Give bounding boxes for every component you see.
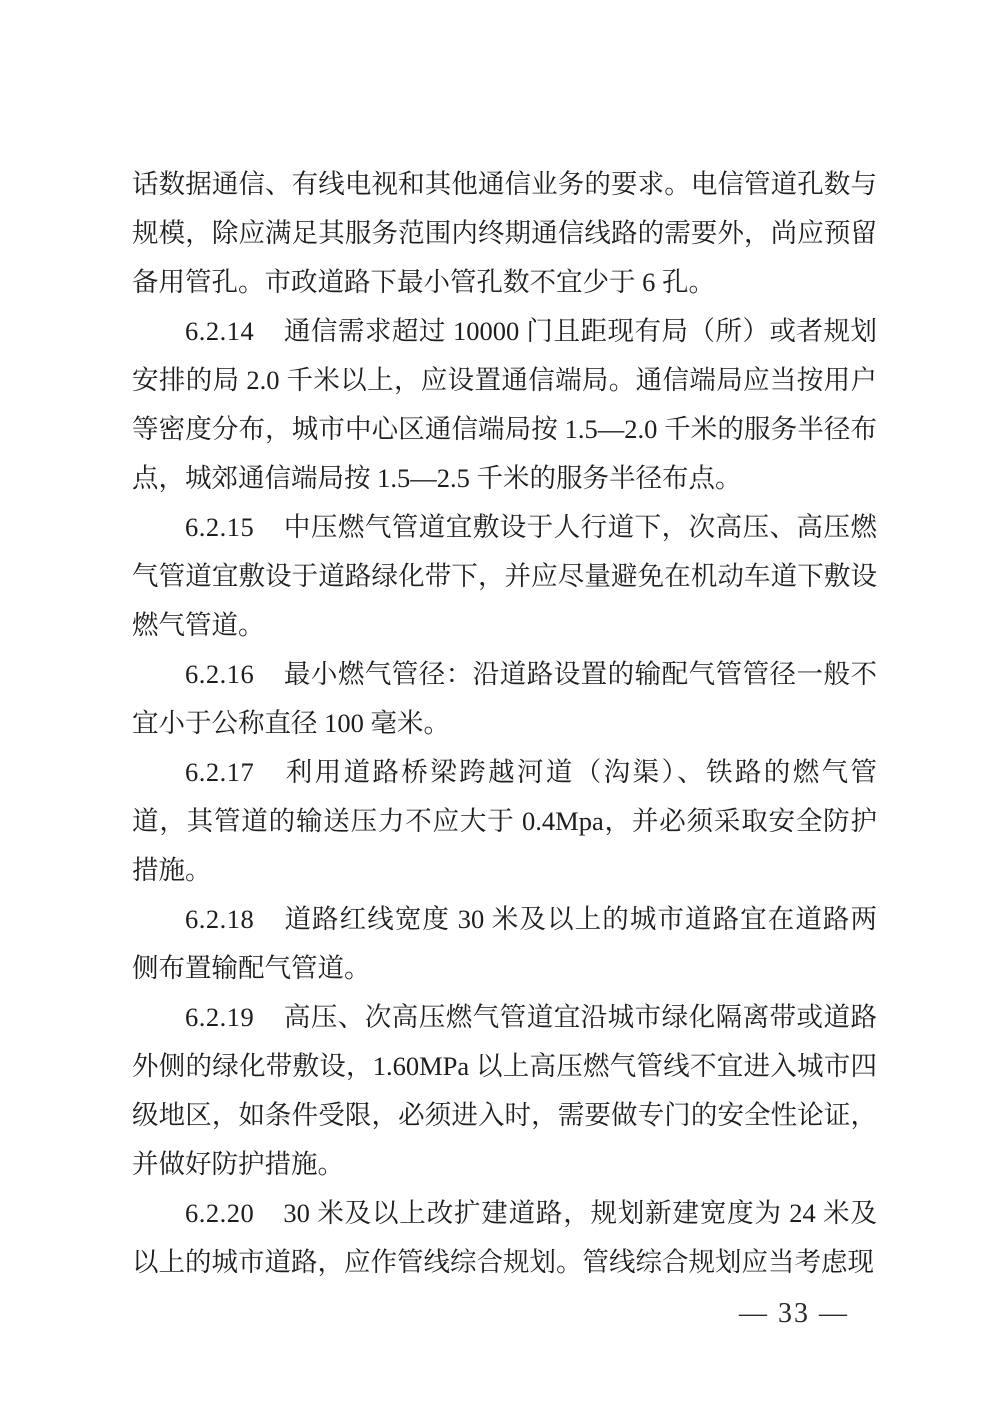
section-number: 6.2.14: [185, 316, 254, 346]
document-page: 话数据通信、有线电视和其他通信业务的要求。电信管道孔数与规模，除应满足其服务范围…: [0, 0, 992, 1404]
section-paragraph-6-2-16: 6.2.16最小燃气管径：沿道路设置的输配气管管径一般不宜小于公称直径 100 …: [132, 650, 877, 748]
paragraph-text: 话数据通信、有线电视和其他通信业务的要求。电信管道孔数与规模，除应满足其服务范围…: [132, 169, 877, 297]
section-paragraph-6-2-18: 6.2.18道路红线宽度 30 米及以上的城市道路宜在道路两侧布置输配气管道。: [132, 895, 877, 993]
section-number: 6.2.19: [185, 1002, 254, 1032]
section-paragraph-6-2-17: 6.2.17利用道路桥梁跨越河道（沟渠）、铁路的燃气管道，其管道的输送压力不应大…: [132, 748, 877, 895]
section-paragraph-6-2-20: 6.2.2030 米及以上改扩建道路，规划新建宽度为 24 米及以上的城市道路，…: [132, 1189, 877, 1287]
section-number: 6.2.16: [185, 659, 254, 689]
document-body: 话数据通信、有线电视和其他通信业务的要求。电信管道孔数与规模，除应满足其服务范围…: [0, 0, 992, 1337]
section-number: 6.2.17: [185, 757, 254, 787]
section-number: 6.2.20: [185, 1198, 254, 1228]
page-number: — 33 —: [132, 1291, 877, 1337]
section-paragraph-6-2-14: 6.2.14通信需求超过 10000 门且距现有局（所）或者规划安排的局 2.0…: [132, 307, 877, 503]
section-number: 6.2.15: [185, 512, 254, 542]
section-paragraph-6-2-15: 6.2.15中压燃气管道宜敷设于人行道下，次高压、高压燃气管道宜敷设于道路绿化带…: [132, 503, 877, 650]
paragraph-continuation: 话数据通信、有线电视和其他通信业务的要求。电信管道孔数与规模，除应满足其服务范围…: [132, 160, 877, 307]
section-number: 6.2.18: [185, 904, 254, 934]
section-paragraph-6-2-19: 6.2.19高压、次高压燃气管道宜沿城市绿化隔离带或道路外侧的绿化带敷设，1.6…: [132, 993, 877, 1189]
